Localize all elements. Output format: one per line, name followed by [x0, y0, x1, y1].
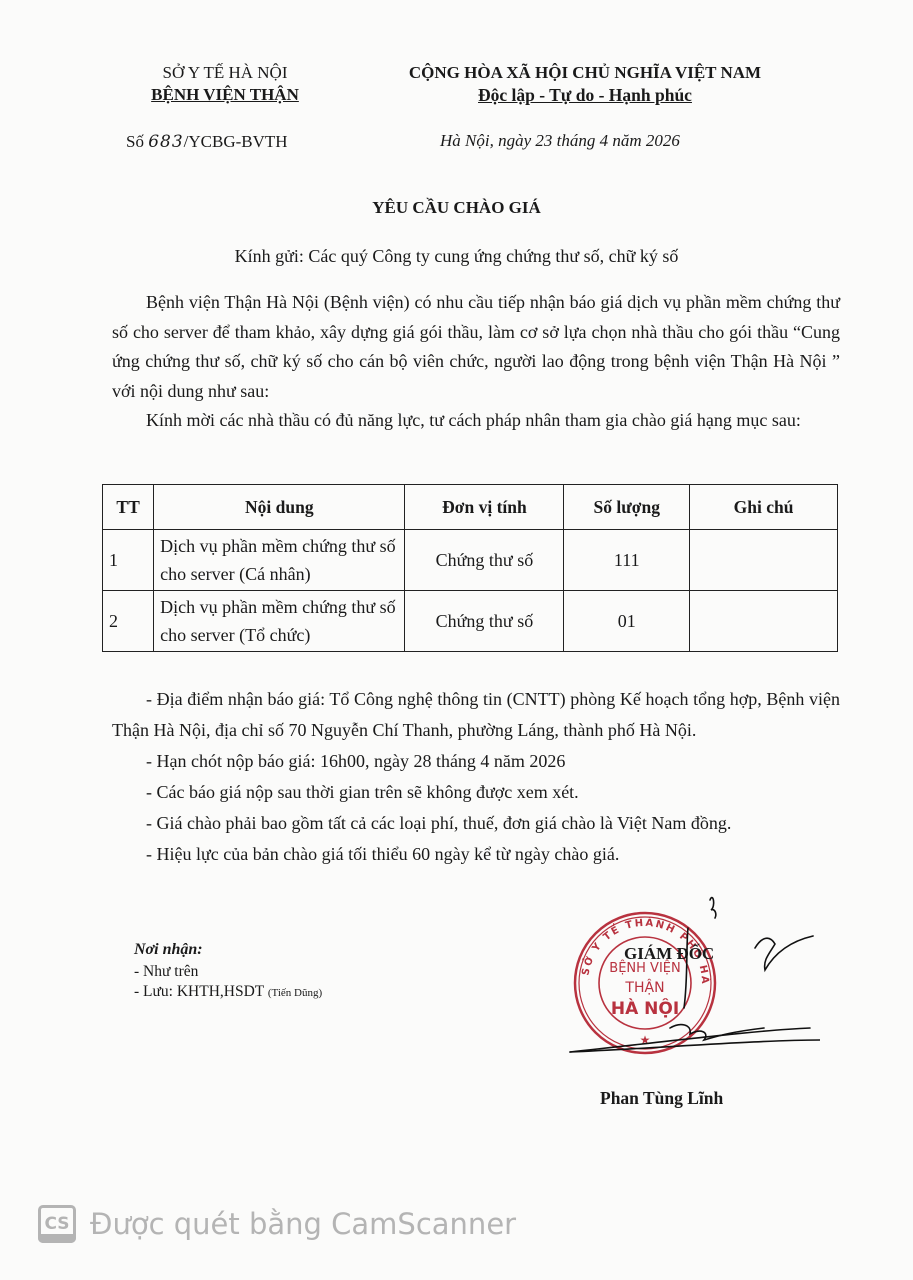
- list-item: - Giá chào phải bao gồm tất cả các loại …: [112, 808, 840, 839]
- signatory-name: Phan Tùng Lĩnh: [600, 1088, 723, 1109]
- table-row: 1 Dịch vụ phần mềm chứng thư số cho serv…: [103, 530, 838, 591]
- country-name: CỘNG HÒA XÃ HỘI CHỦ NGHĨA VIỆT NAM: [370, 62, 800, 84]
- terms-list: - Địa điểm nhận báo giá: Tổ Công nghệ th…: [112, 684, 840, 870]
- header-note: Ghi chú: [690, 485, 838, 530]
- addressee: Kính gửi: Các quý Công ty cung ứng chứng…: [0, 246, 913, 267]
- header-quantity: Số lượng: [564, 485, 690, 530]
- handwritten-number: 683: [148, 132, 183, 152]
- handwritten-signature-icon: [560, 880, 820, 1070]
- header-unit: Đơn vị tính: [405, 485, 564, 530]
- document-number: Số 683/YCBG-BVTH: [126, 132, 288, 152]
- intro-paragraph: Bệnh viện Thận Hà Nội (Bệnh viện) có nhu…: [112, 288, 840, 406]
- camscanner-logo-icon: CS: [38, 1205, 76, 1243]
- invitation-paragraph: Kính mời các nhà thầu có đủ năng lực, tư…: [112, 406, 840, 436]
- watermark-text: Được quét bằng CamScanner: [90, 1207, 516, 1241]
- national-motto: CỘNG HÒA XÃ HỘI CHỦ NGHĨA VIỆT NAM Độc l…: [370, 62, 800, 106]
- recipient-line: - Như trên: [134, 962, 322, 982]
- document-date: Hà Nội, ngày 23 tháng 4 năm 2026: [440, 131, 680, 151]
- header-tt: TT: [103, 485, 154, 530]
- list-item: - Các báo giá nộp sau thời gian trên sẽ …: [112, 777, 840, 808]
- recipients-heading: Nơi nhận:: [134, 940, 322, 960]
- document-title: YÊU CẦU CHÀO GIÁ: [0, 198, 913, 218]
- table-row: 2 Dịch vụ phần mềm chứng thư số cho serv…: [103, 591, 838, 652]
- department-name: SỞ Y TẾ HÀ NỘI: [110, 62, 340, 84]
- list-item: - Hạn chót nộp báo giá: 16h00, ngày 28 t…: [112, 746, 840, 777]
- motto: Độc lập - Tự do - Hạnh phúc: [370, 84, 800, 106]
- issuing-authority: SỞ Y TẾ HÀ NỘI BỆNH VIỆN THẬN: [110, 62, 340, 106]
- camscanner-watermark: CS Được quét bằng CamScanner: [38, 1204, 516, 1244]
- quote-items-table: TT Nội dung Đơn vị tính Số lượng Ghi chú…: [102, 484, 838, 652]
- header-content: Nội dung: [154, 485, 405, 530]
- list-item: - Hiệu lực của bản chào giá tối thiểu 60…: [112, 839, 840, 870]
- recipients-block: Nơi nhận: - Như trên - Lưu: KHTH,HSDT (T…: [134, 940, 322, 1003]
- hospital-name: BỆNH VIỆN THẬN: [110, 84, 340, 106]
- list-item: - Địa điểm nhận báo giá: Tổ Công nghệ th…: [112, 684, 840, 746]
- table-header-row: TT Nội dung Đơn vị tính Số lượng Ghi chú: [103, 485, 838, 530]
- recipient-line: - Lưu: KHTH,HSDT (Tiến Dũng): [134, 982, 322, 1003]
